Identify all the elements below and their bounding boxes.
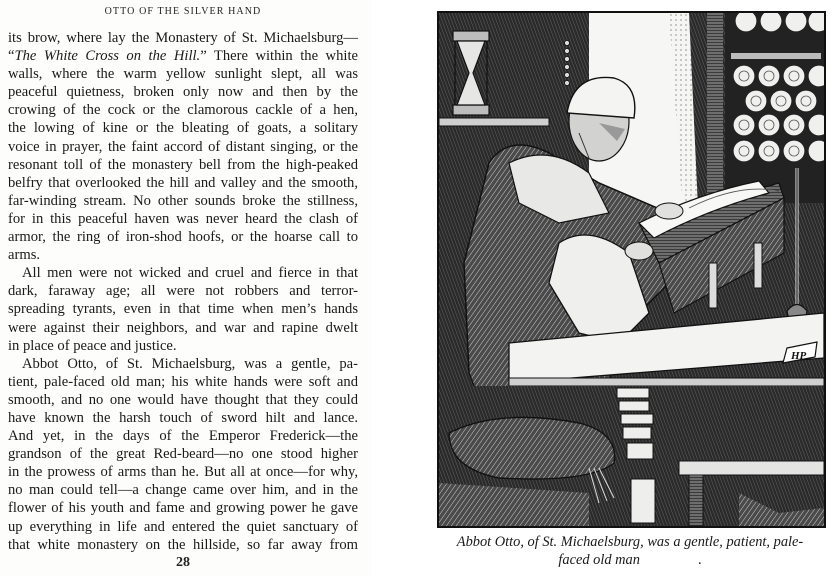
text-line: arms. — [8, 246, 358, 264]
text-line: walls, where the warm yellow sunlight sl… — [8, 65, 358, 83]
text-line: were against their neighbors, and war an… — [8, 319, 358, 337]
svg-text:HP: HP — [790, 350, 807, 362]
abbot-reading-illustration: HP — [439, 13, 824, 526]
page-number: 28 — [168, 555, 198, 571]
running-head: OTTO OF THE SILVER HAND — [8, 6, 358, 17]
text-line: smooth, and no one would have thought th… — [8, 391, 358, 409]
text-line: And yet, in the days of the Emperor Fred… — [8, 427, 358, 445]
text-line: no man could tell—a change came over him… — [8, 481, 358, 499]
paragraph-3: Abbot Otto, of St. Michaelsburg, was a g… — [8, 355, 358, 554]
text-line: for in this peaceful haven was never hea… — [8, 210, 358, 228]
text-line: peaceful quietness, broken only now and … — [8, 83, 358, 101]
left-page: OTTO OF THE SILVER HAND its brow, where … — [0, 0, 372, 576]
italic-title: The White Cross on the Hill. — [14, 48, 200, 64]
body-text: its brow, where lay the Monastery of St.… — [8, 29, 358, 554]
caption-line-2: faced old man — [558, 552, 640, 568]
text-line: far-winding stream. No other sounds brok… — [8, 192, 358, 210]
caption-line-1: Abbot Otto, of St. Michaelsburg, was a g… — [457, 534, 803, 550]
text-line: in the prowess of arms than he. But all … — [8, 463, 358, 481]
text-line: the lowing of kine or the bleating of go… — [8, 119, 358, 137]
text-line: its brow, where lay the Monastery of St.… — [8, 29, 358, 47]
text-line: in place of peace and justice. — [8, 337, 358, 355]
text-line: have known the harsh touch of sword hilt… — [8, 409, 358, 427]
text-line: crowing of the cock or the clamorous cac… — [8, 101, 358, 119]
illustration-plate: HP — [437, 11, 826, 528]
caption-stray-mark: . — [698, 552, 702, 568]
text-line: flower of his youth and fame and growing… — [8, 499, 358, 517]
text-line: Abbot Otto, of St. Michaelsburg, was a g… — [8, 355, 358, 373]
right-page: HP Abbot Otto, of St. Michaelsb — [372, 0, 836, 576]
text-line: spreading tyrants, even in that time whe… — [8, 300, 358, 318]
text-line-italic-title: “The White Cross on the Hill.” There wit… — [8, 47, 358, 65]
illustration-caption: Abbot Otto, of St. Michaelsburg, was a g… — [430, 533, 830, 569]
text-line: grandson of the great Red-beard—no one s… — [8, 445, 358, 463]
text-line: All men were not wicked and cruel and fi… — [8, 264, 358, 282]
text-line: tient, pale-faced old man; his white han… — [8, 373, 358, 391]
text-line: resonant toll of the monastery bell from… — [8, 156, 358, 174]
paragraph-1: its brow, where lay the Monastery of St.… — [8, 29, 358, 264]
text-line: voice in prayer, the faint accord of dis… — [8, 138, 358, 156]
paragraph-2: All men were not wicked and cruel and fi… — [8, 264, 358, 354]
text-line: belfry that overlooked the hill and vall… — [8, 174, 358, 192]
text-line: that white monastery on the hillside, so… — [8, 536, 358, 554]
text-line: dark, faraway age; all were not robbers … — [8, 282, 358, 300]
text-line: armor, the ring of iron-shod hoofs, or t… — [8, 228, 358, 246]
text-line: up everything in life and entered the qu… — [8, 518, 358, 536]
